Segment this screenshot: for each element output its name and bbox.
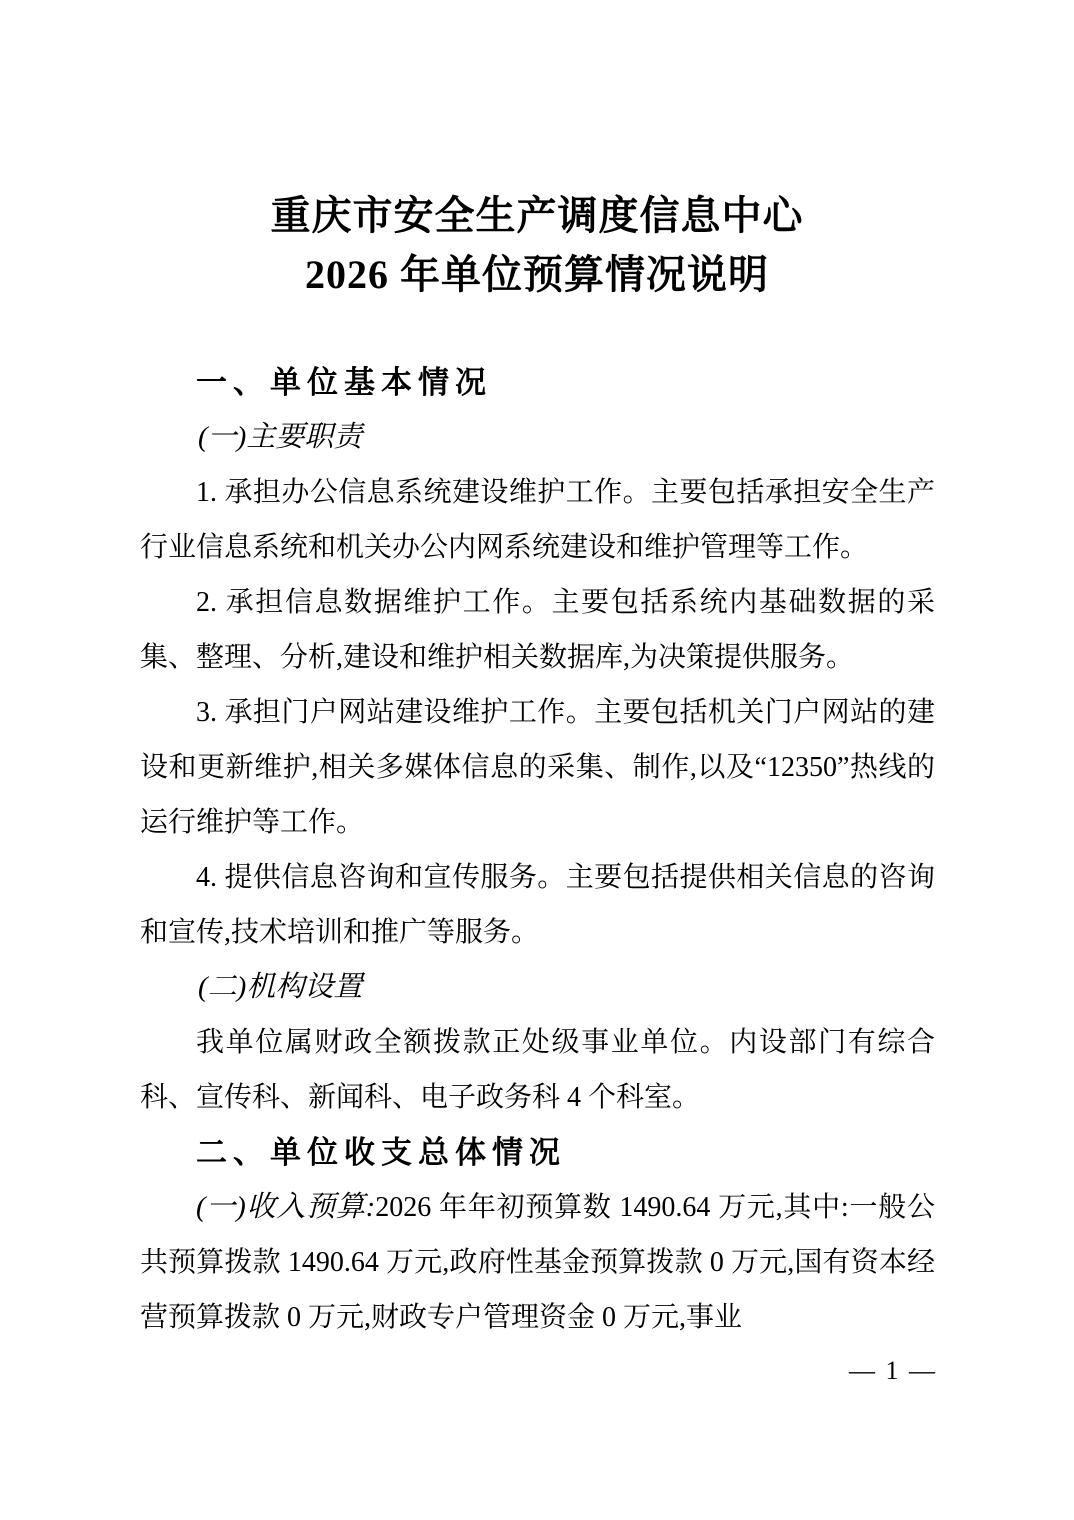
income-budget-lead: (一)收入预算:: [196, 1191, 375, 1223]
title-line-1: 重庆市安全生产调度信息中心: [0, 186, 1074, 245]
paragraph-income-budget: (一)收入预算:2026 年年初预算数 1490.64 万元,其中:一般公共预算…: [140, 1180, 935, 1345]
document-body: 一、单位基本情况 (一)主要职责 1. 承担办公信息系统建设维护工作。主要包括承…: [140, 355, 935, 1345]
section-heading-1: 一、单位基本情况: [140, 355, 935, 410]
paragraph-duty-2: 2. 承担信息数据维护工作。主要包括系统内基础数据的采集、整理、分析,建设和维护…: [140, 575, 935, 685]
document-title: 重庆市安全生产调度信息中心 2026 年单位预算情况说明: [0, 186, 1074, 304]
document-page: 重庆市安全生产调度信息中心 2026 年单位预算情况说明 一、单位基本情况 (一…: [0, 0, 1074, 1520]
paragraph-duty-1: 1. 承担办公信息系统建设维护工作。主要包括承担安全生产行业信息系统和机关办公内…: [140, 465, 935, 575]
paragraph-organization: 我单位属财政全额拨款正处级事业单位。内设部门有综合科、宣传科、新闻科、电子政务科…: [140, 1015, 935, 1125]
paragraph-duty-4: 4. 提供信息咨询和宣传服务。主要包括提供相关信息的咨询和宣传,技术培训和推广等…: [140, 850, 935, 960]
title-line-2: 2026 年单位预算情况说明: [0, 245, 1074, 304]
subsection-heading-1-2: (二)机构设置: [140, 960, 935, 1015]
section-heading-2: 二、单位收支总体情况: [140, 1125, 935, 1180]
paragraph-duty-3: 3. 承担门户网站建设维护工作。主要包括机关门户网站的建设和更新维护,相关多媒体…: [140, 685, 935, 850]
subsection-heading-1-1: (一)主要职责: [140, 410, 935, 465]
page-number: — 1 —: [849, 1355, 937, 1387]
